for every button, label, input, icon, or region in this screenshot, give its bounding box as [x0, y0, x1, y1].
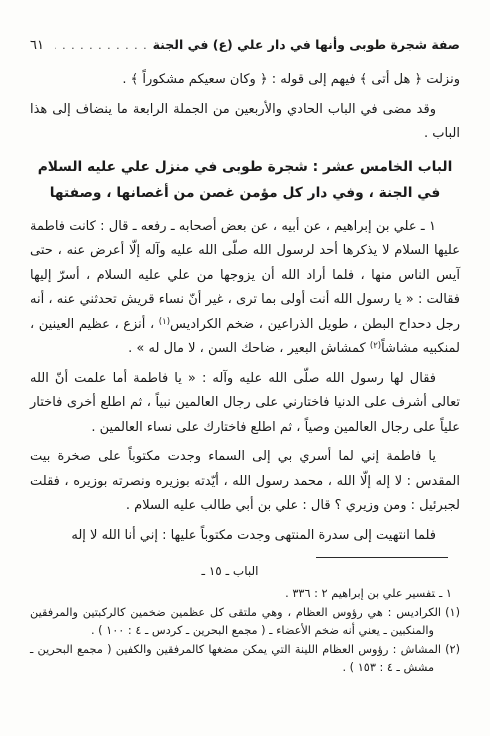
footnote-ref-1: (١) [159, 317, 170, 327]
paragraph-prophet-reply: فقال لها رسول الله صلّى الله عليه وآله :… [30, 367, 460, 441]
paragraph-revelation: ونزلت ﴿ هل أتى ﴾ فيهم إلى قوله : ﴿ وكان … [30, 68, 460, 93]
footnote-1-text: الكراديس : هي رؤوس العظام ، وهي ملتقى كل… [30, 606, 441, 638]
page-number: ٦١ [30, 37, 50, 55]
footnotes-block: ١ ـتفسير علي بن إبراهيم ٢ : ٣٣٦ . (١)الك… [30, 585, 460, 678]
footnote-ref-2: (٢) [370, 341, 381, 351]
hadith-text-1: ١ ـ علي بن إبراهيم ، عن أبيه ، عن بعض أص… [30, 219, 460, 332]
footnote-2-marker: (٢) [445, 643, 460, 656]
book-page: صفة شجرة طوبى وأنها في دار علي (ع) في ال… [0, 0, 490, 736]
footnote-2-text: المشاش : رؤوس العظام اللينة التي يمكن مض… [30, 643, 441, 675]
paragraph-hadith: ١ ـ علي بن إبراهيم ، عن أبيه ، عن بعض أص… [30, 215, 460, 362]
dot-leader: . . . . . . . . . . . . . . . . . . . . … [55, 37, 148, 55]
chapter-footer-label: الباب ـ ١٥ ـ [30, 563, 430, 580]
chapter-heading: الباب الخامس عشر : شجرة طوبى في منزل علي… [36, 154, 454, 206]
footnote-1-marker: (١) [445, 606, 460, 619]
paragraph-previous-chapter: وقد مضى في الباب الحادي والأربعين من الج… [30, 98, 460, 147]
hadith-text-3: كمشاش البعير ، ضاحك السن ، لا مال له » . [128, 341, 370, 356]
body-text: ونزلت ﴿ هل أتى ﴾ فيهم إلى قوله : ﴿ وكان … [30, 68, 460, 548]
footnote-source-text: تفسير علي بن إبراهيم ٢ : ٣٣٦ . [285, 587, 435, 600]
running-head: صفة شجرة طوبى وأنها في دار علي (ع) في ال… [30, 36, 460, 55]
footnote-1: (١)الكراديس : هي رؤوس العظام ، وهي ملتقى… [30, 604, 460, 641]
running-head-title: صفة شجرة طوبى وأنها في دار علي (ع) في ال… [153, 36, 460, 54]
footnote-2: (٢)المشاش : رؤوس العظام اللينة التي يمكن… [30, 641, 460, 678]
footnote-source: ١ ـتفسير علي بن إبراهيم ٢ : ٣٣٦ . [30, 585, 460, 604]
paragraph-isra: يا فاطمة إني لما أسري بي إلى السماء وجدت… [30, 445, 460, 519]
paragraph-sidra: فلما انتهيت إلى سدرة المنتهى وجدت مكتوبا… [30, 524, 460, 549]
footnote-source-marker: ١ ـ [439, 587, 452, 600]
footnote-separator-rule [316, 557, 448, 558]
